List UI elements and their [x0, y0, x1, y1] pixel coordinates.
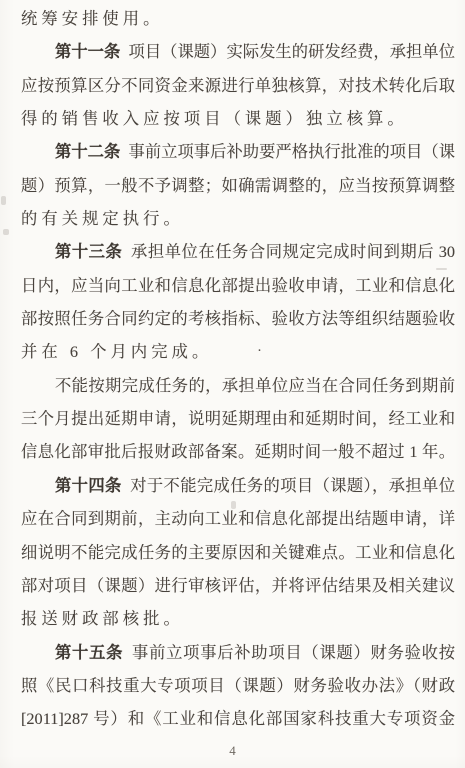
text-line: 第十二条 事前立项事后补助要严格执行批准的项目（课	[21, 135, 455, 168]
text-line: 第十五条 事前立项事后补助项目（课题）财务验收按	[21, 636, 455, 669]
text-line: [2011]287 号）和《工业和信息化部国家科技重大专项资金	[21, 702, 455, 735]
scan-artifact-dot: ·	[257, 344, 262, 359]
text-line: 部按照任务合同约定的考核指标、验收方法等组织结题验收	[21, 302, 455, 335]
page-number: 4	[0, 743, 465, 759]
article-number: 第十一条	[55, 42, 120, 61]
article-number: 第十三条	[55, 242, 122, 261]
text-line: 并在 6 个月内完成。	[21, 335, 455, 368]
text-line: 部对项目（课题）进行审核评估，并将评估结果及相关建议	[21, 569, 455, 602]
article-number: 第十五条	[55, 643, 123, 662]
scan-speck	[436, 268, 447, 270]
text-line: 应按预算区分不同资金来源进行单独核算，对技术转化后取	[21, 69, 455, 102]
scan-speck	[1, 196, 6, 205]
text-line: 照《民口科技重大专项项目（课题）财务验收办法》（财政	[21, 669, 455, 702]
scan-speck	[3, 229, 9, 235]
text-line: 应在合同到期前，主动向工业和信息化部提出结题申请，详	[21, 502, 455, 535]
text-line: 的有关规定执行。	[21, 202, 455, 235]
text-line: 不能按期完成任务的，承担单位应当在合同任务到期前	[21, 369, 455, 402]
text-line: 三个月提出延期申请，说明延期理由和延期时间，经工业和	[21, 402, 455, 435]
text-line: 信息化部审批后报财政部备案。延期时间一般不超过 1 年。	[21, 435, 455, 468]
text-line: 得的销售收入应按项目（课题）独立核算。	[21, 102, 455, 135]
text-line: 第十四条 对于不能完成任务的项目（课题），承担单位	[21, 469, 455, 502]
text-line: 日内，应当向工业和信息化部提出验收申请，工业和信息化	[21, 269, 455, 302]
scan-speck	[231, 501, 236, 509]
text-line: 统筹安排使用。	[21, 2, 455, 35]
text-line: 第十三条 承担单位在任务合同规定完成时间到期后 30	[21, 235, 455, 268]
text-line: 细说明不能完成任务的主要原因和关键难点。工业和信息化	[21, 536, 455, 569]
document-text: 统筹安排使用。第十一条 项目（课题）实际发生的研发经费，承担单位应按预算区分不同…	[21, 2, 455, 736]
text-line: 报送财政部核批。	[21, 602, 455, 635]
text-line: 第十一条 项目（课题）实际发生的研发经费，承担单位	[21, 35, 455, 68]
article-number: 第十四条	[55, 476, 122, 495]
article-number: 第十二条	[55, 142, 120, 161]
text-line: 题）预算，一般不予调整；如确需调整的，应当按预算调整	[21, 169, 455, 202]
